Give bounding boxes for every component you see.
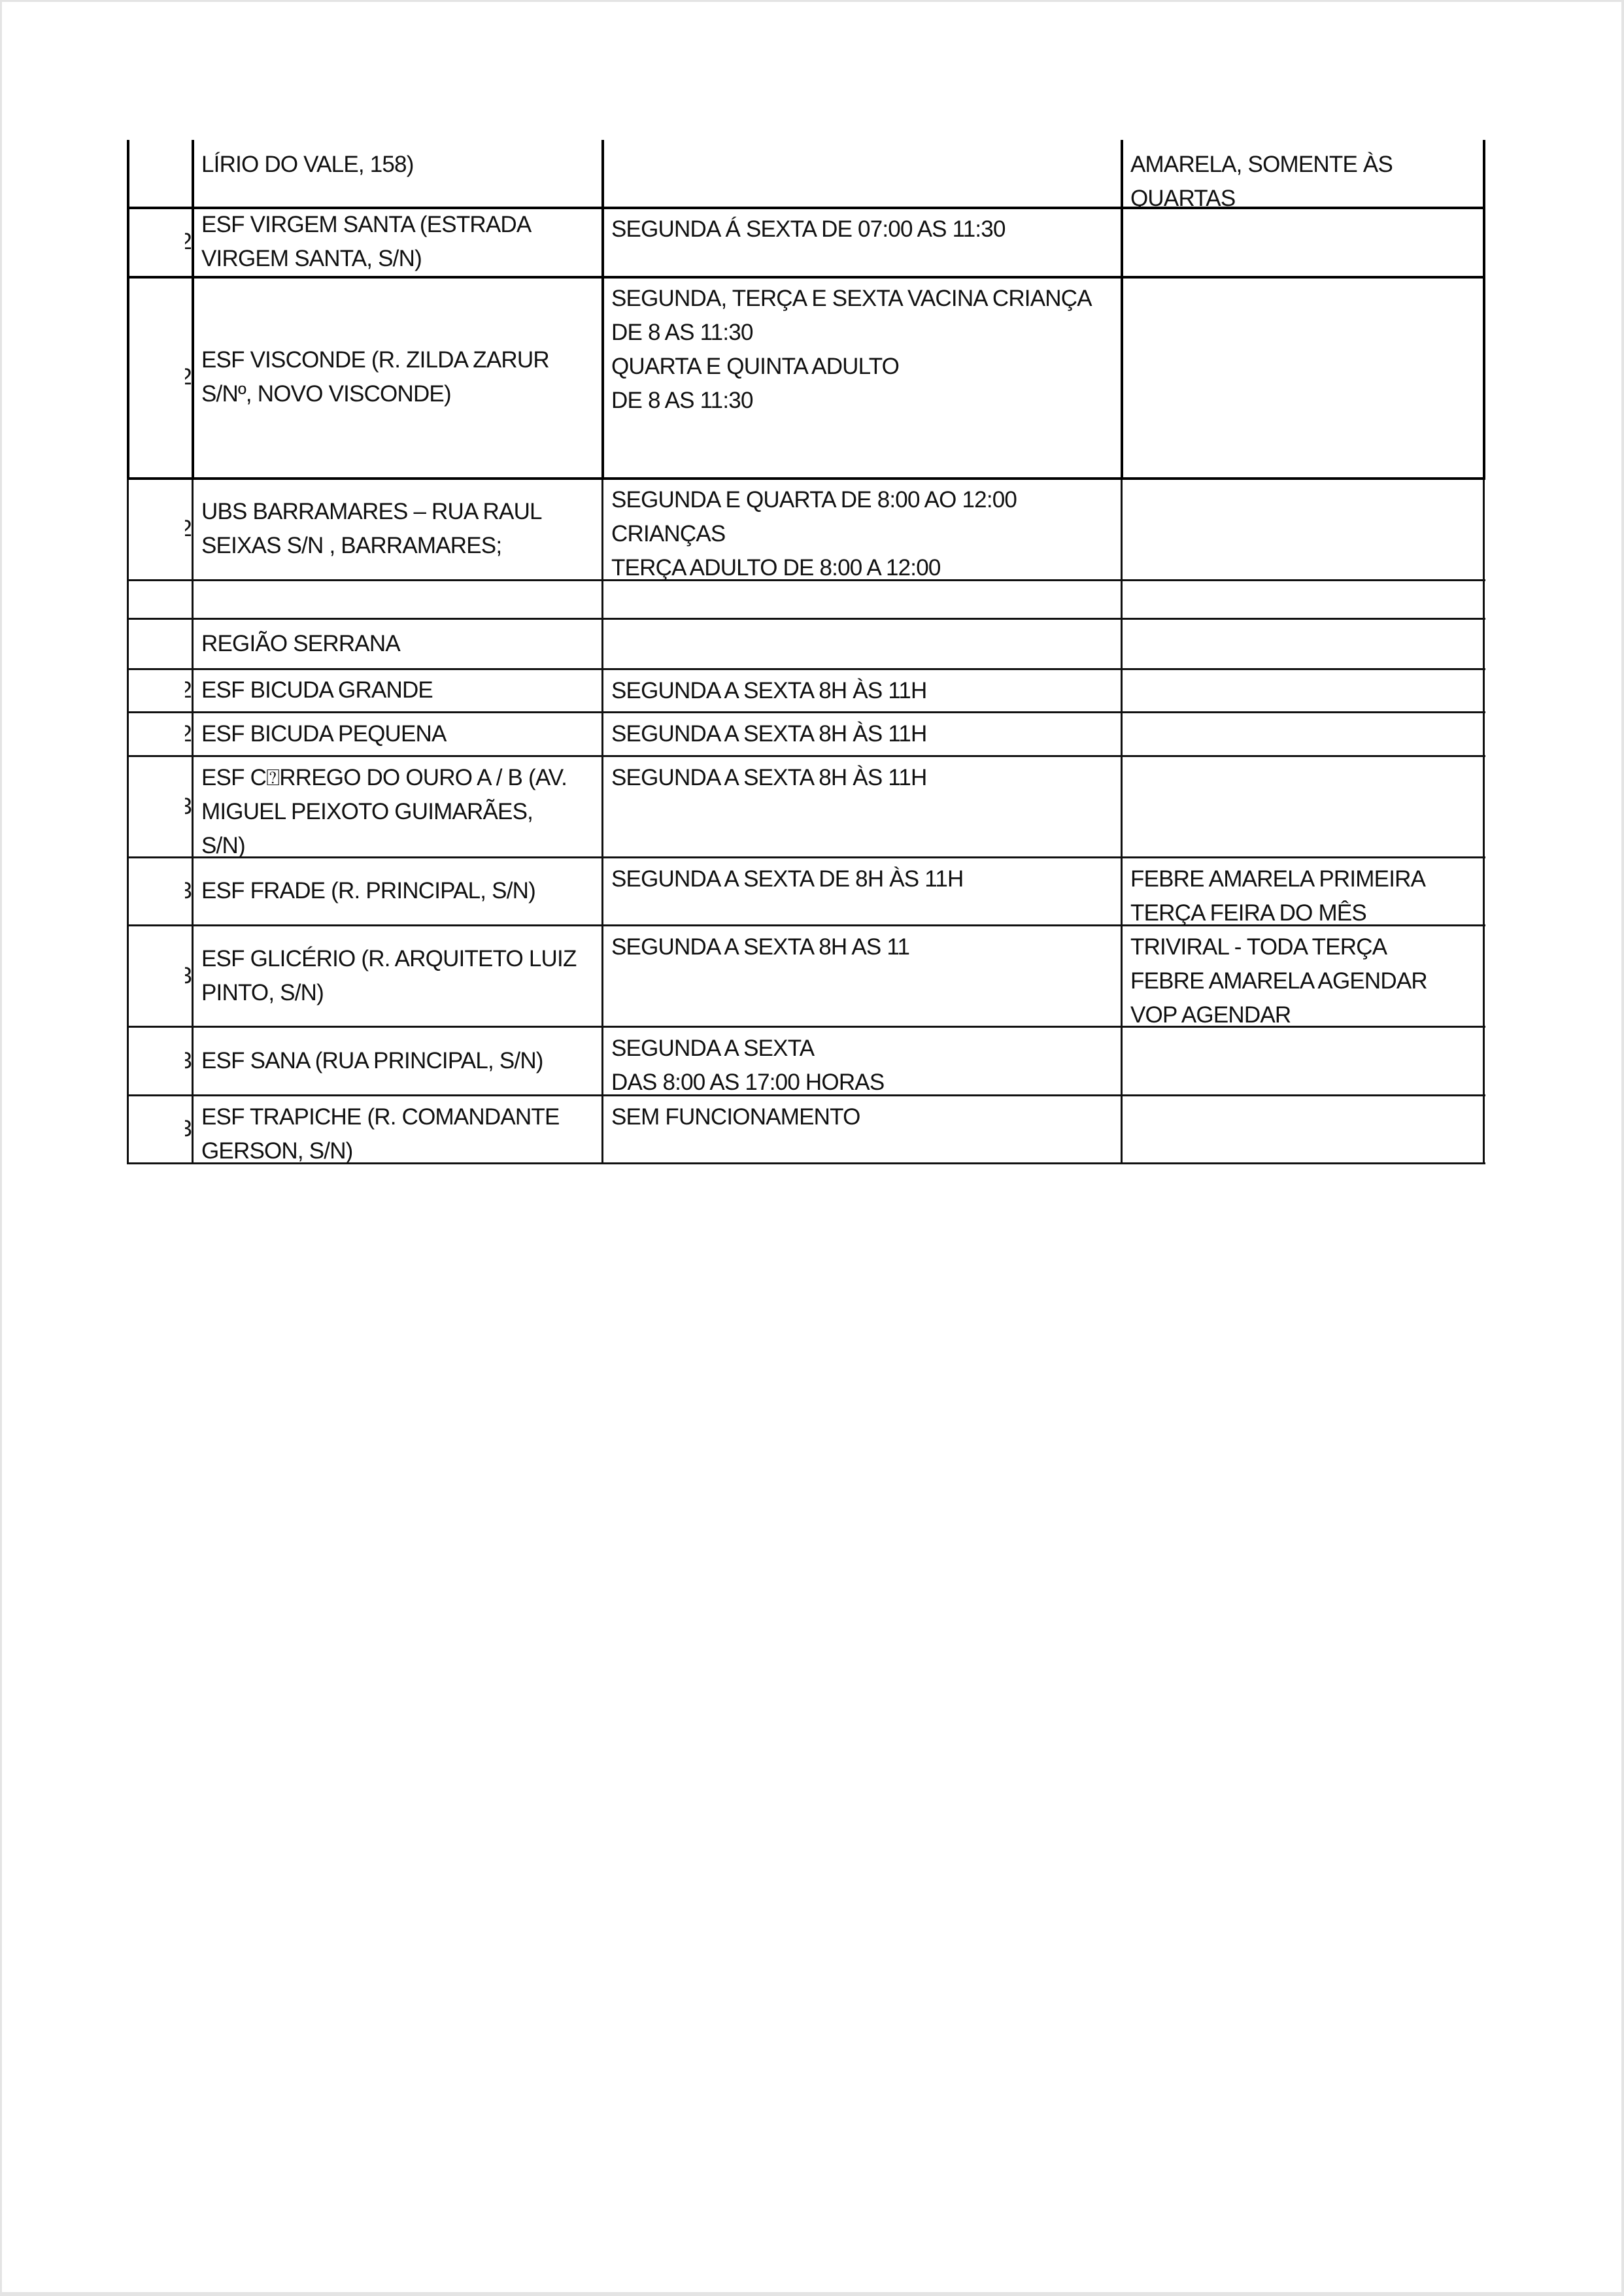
schedule-cell: SEGUNDA A SEXTA 8H AS 11 bbox=[611, 925, 1117, 1026]
schedule-cell-text: SEGUNDA A SEXTA 8H ÀS 11H bbox=[611, 765, 927, 790]
row-number-cell: 2 bbox=[130, 478, 192, 580]
unit-cell-text: ESF VISCONDE (R. ZILDA ZARUR S/Nº, NOVO … bbox=[201, 343, 549, 411]
notes-cell bbox=[1130, 207, 1480, 277]
unit-cell-text: ESF BICUDA GRANDE bbox=[201, 673, 433, 707]
unit-cell: ESF BICUDA PEQUENA bbox=[201, 712, 598, 756]
schedule-cell-text: SEGUNDA A SEXTA DAS 8:00 AS 17:00 HORAS bbox=[611, 1036, 884, 1095]
unit-cell: ESF BICUDA GRANDE bbox=[201, 669, 598, 712]
row-number: 3 bbox=[185, 1112, 192, 1146]
row-number-cell: 3 bbox=[130, 1026, 192, 1095]
unit-cell: ESF VIRGEM SANTA (ESTRADA VIRGEM SANTA, … bbox=[201, 207, 598, 277]
row-number: 3 bbox=[185, 1044, 192, 1078]
schedule-cell: SEGUNDA Á SEXTA DE 07:00 AS 11:30 bbox=[611, 207, 1117, 277]
schedule-cell: SEGUNDA A SEXTA 8H ÀS 11H bbox=[611, 756, 1117, 857]
schedule-cell bbox=[611, 618, 1117, 669]
row-number-cell: 3 bbox=[130, 925, 192, 1026]
unit-cell-text: LÍRIO DO VALE, 158) bbox=[201, 152, 414, 177]
unit-cell-text: REGIÃO SERRANA bbox=[201, 627, 400, 661]
schedule-cell bbox=[611, 580, 1117, 618]
notes-cell-text: TRIVIRAL - TODA TERÇA FEBRE AMARELA AGEN… bbox=[1130, 934, 1427, 1026]
notes-cell-text: AMARELA, SOMENTE ÀS QUARTAS bbox=[1130, 152, 1393, 207]
unit-cell: UBS BARRAMARES – RUA RAUL SEIXAS S/N , B… bbox=[201, 478, 598, 580]
table-column-divider bbox=[1121, 140, 1123, 479]
schedule-cell-text: SEGUNDA E QUARTA DE 8:00 AO 12:00 CRIANÇ… bbox=[611, 487, 1017, 580]
unit-cell: ESF TRAPICHE (R. COMANDANTE GERSON, S/N) bbox=[201, 1095, 598, 1163]
table-column-divider bbox=[127, 140, 129, 479]
notes-cell bbox=[1130, 478, 1480, 580]
row-number-cell bbox=[130, 580, 192, 618]
notes-cell: FEBRE AMARELA PRIMEIRA TERÇA FEIRA DO MÊ… bbox=[1130, 857, 1480, 925]
unit-cell: ESF SANA (RUA PRINCIPAL, S/N) bbox=[201, 1026, 598, 1095]
notes-cell bbox=[1130, 669, 1480, 712]
notes-cell bbox=[1130, 756, 1480, 857]
unit-cell: REGIÃO SERRANA bbox=[201, 618, 598, 669]
notes-cell bbox=[1130, 712, 1480, 756]
notes-cell: AMARELA, SOMENTE ÀS QUARTAS bbox=[1130, 140, 1480, 207]
unit-cell-text: ESF GLICÉRIO (R. ARQUITETO LUIZ PINTO, S… bbox=[201, 942, 577, 1010]
notes-cell bbox=[1130, 580, 1480, 618]
schedule-cell-text: SEGUNDA A SEXTA 8H ÀS 11H bbox=[611, 721, 927, 747]
unit-cell-text: ESF SANA (RUA PRINCIPAL, S/N) bbox=[201, 1044, 543, 1078]
row-number-cell bbox=[130, 618, 192, 669]
schedule-cell-text: SEGUNDA Á SEXTA DE 07:00 AS 11:30 bbox=[611, 216, 1006, 242]
notes-cell bbox=[1130, 1026, 1480, 1095]
schedule-cell-text: SEGUNDA, TERÇA E SEXTA VACINA CRIANÇA DE… bbox=[611, 286, 1092, 413]
unit-cell-text: ESF TRAPICHE (R. COMANDANTE GERSON, S/N) bbox=[201, 1104, 560, 1163]
row-number-cell: 2 bbox=[130, 207, 192, 277]
table-column-divider bbox=[192, 140, 194, 479]
row-number-cell: 2 bbox=[130, 277, 192, 478]
unit-cell: LÍRIO DO VALE, 158) bbox=[201, 140, 598, 207]
schedule-cell: SEM FUNCIONAMENTO bbox=[611, 1095, 1117, 1163]
schedule-cell-text: SEM FUNCIONAMENTO bbox=[611, 1104, 860, 1130]
schedule-cell bbox=[611, 140, 1117, 207]
schedule-cell: SEGUNDA, TERÇA E SEXTA VACINA CRIANÇA DE… bbox=[611, 277, 1117, 478]
row-number-cell: 2 bbox=[130, 669, 192, 712]
row-number-cell bbox=[130, 140, 192, 207]
row-number: 2 bbox=[185, 225, 192, 259]
unit-cell bbox=[201, 580, 598, 618]
schedule-cell: SEGUNDA A SEXTA DAS 8:00 AS 17:00 HORAS bbox=[611, 1026, 1117, 1095]
notes-cell bbox=[1130, 277, 1480, 478]
row-number-cell: 3 bbox=[130, 857, 192, 925]
notes-cell: TRIVIRAL - TODA TERÇA FEBRE AMARELA AGEN… bbox=[1130, 925, 1480, 1026]
notes-cell bbox=[1130, 618, 1480, 669]
row-number: 2 bbox=[185, 673, 192, 707]
schedule-cell: SEGUNDA A SEXTA 8H ÀS 11H bbox=[611, 669, 1117, 712]
schedule-cell: SEGUNDA E QUARTA DE 8:00 AO 12:00 CRIANÇ… bbox=[611, 478, 1117, 580]
notes-cell bbox=[1130, 1095, 1480, 1163]
unit-cell: ESF FRADE (R. PRINCIPAL, S/N) bbox=[201, 857, 598, 925]
document-page: LÍRIO DO VALE, 158)AMARELA, SOMENTE ÀS Q… bbox=[0, 0, 1624, 2296]
unit-cell-text: ESF VIRGEM SANTA (ESTRADA VIRGEM SANTA, … bbox=[201, 208, 531, 276]
schedule-cell-text: SEGUNDA A SEXTA 8H AS 11 bbox=[611, 934, 909, 960]
schedule-cell: SEGUNDA A SEXTA 8H ÀS 11H bbox=[611, 712, 1117, 756]
notes-cell-text: FEBRE AMARELA PRIMEIRA TERÇA FEIRA DO MÊ… bbox=[1130, 866, 1425, 925]
unit-cell-text: ESF BICUDA PEQUENA bbox=[201, 717, 447, 751]
unit-cell: ESF C⍰RREGO DO OURO A / B (AV. MIGUEL PE… bbox=[201, 756, 598, 857]
unit-cell-text: ESF FRADE (R. PRINCIPAL, S/N) bbox=[201, 874, 535, 908]
row-number-cell: 3 bbox=[130, 756, 192, 857]
row-number: 3 bbox=[185, 959, 192, 993]
unit-cell: ESF GLICÉRIO (R. ARQUITETO LUIZ PINTO, S… bbox=[201, 925, 598, 1026]
row-number: 2 bbox=[185, 717, 192, 751]
row-number: 3 bbox=[185, 874, 192, 908]
table-column-divider bbox=[1483, 140, 1485, 479]
row-number: 2 bbox=[185, 360, 192, 394]
schedule-cell: SEGUNDA A SEXTA DE 8H ÀS 11H bbox=[611, 857, 1117, 925]
unit-cell-text: ESF C⍰RREGO DO OURO A / B (AV. MIGUEL PE… bbox=[201, 765, 567, 857]
unit-cell-text: UBS BARRAMARES – RUA RAUL SEIXAS S/N , B… bbox=[201, 495, 542, 563]
table-column-divider bbox=[601, 140, 604, 479]
schedule-cell-text: SEGUNDA A SEXTA 8H ÀS 11H bbox=[611, 678, 927, 703]
row-number-cell: 3 bbox=[130, 1095, 192, 1163]
schedule-cell-text: SEGUNDA A SEXTA DE 8H ÀS 11H bbox=[611, 866, 963, 892]
row-number-cell: 2 bbox=[130, 712, 192, 756]
row-number: 2 bbox=[185, 512, 192, 546]
row-number: 3 bbox=[185, 790, 192, 824]
unit-cell: ESF VISCONDE (R. ZILDA ZARUR S/Nº, NOVO … bbox=[201, 277, 598, 478]
